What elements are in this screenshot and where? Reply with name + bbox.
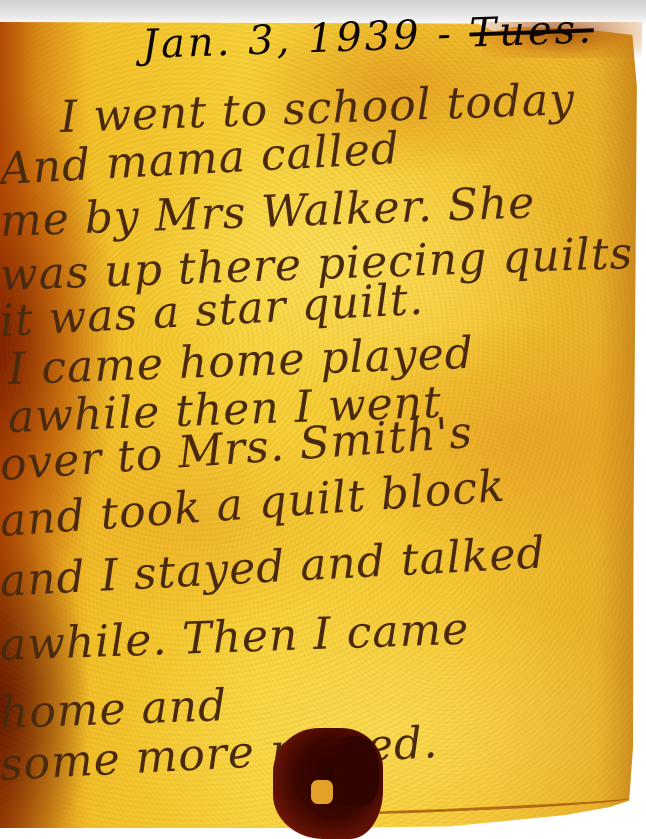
ink-blot-stain bbox=[273, 728, 383, 839]
struck-out-weekday: Tues. bbox=[469, 6, 595, 56]
